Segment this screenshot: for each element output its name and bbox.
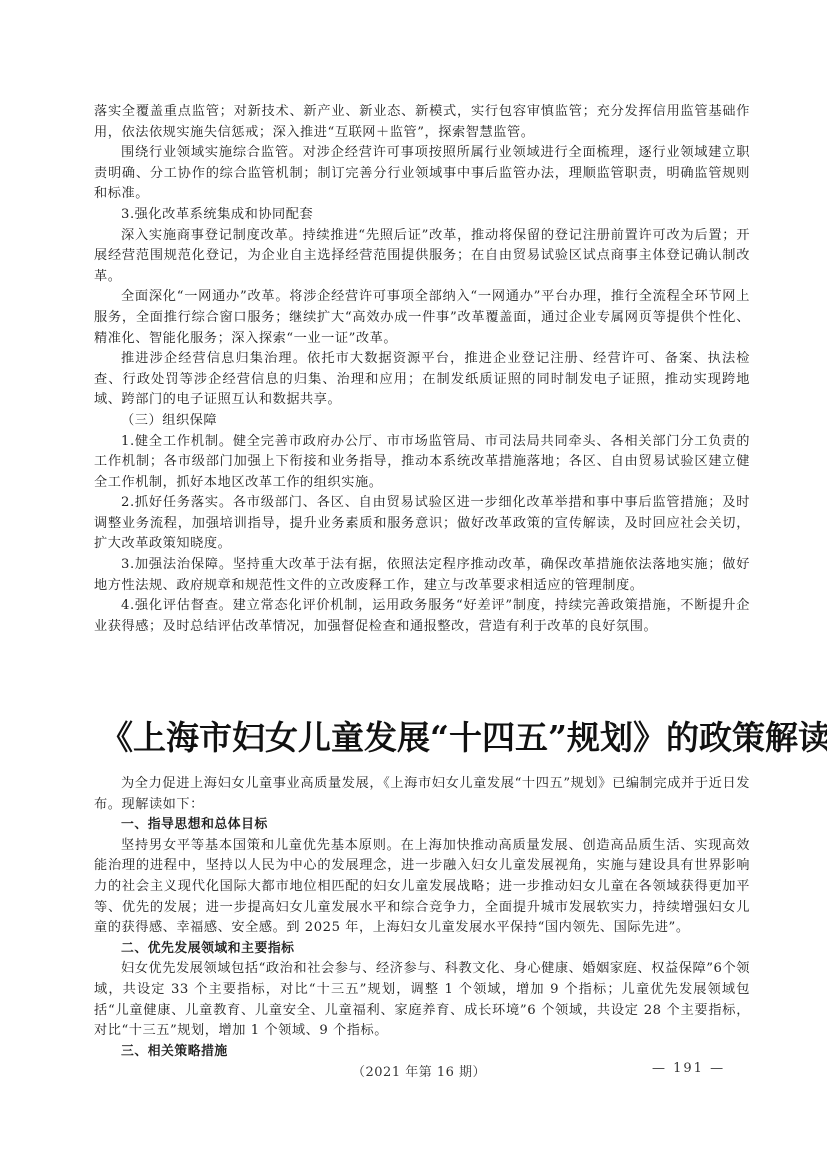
section-heading-priority-areas: 二、优先发展领域和主要指标 xyxy=(94,939,750,960)
article-body: 为全力促进上海妇女儿童事业高质量发展，《上海市妇女儿童发展“十四五”规划》已编制… xyxy=(94,774,750,1062)
paragraph-info-aggregation: 推进涉企经营信息归集治理。依托市大数据资源平台，推进企业登记注册、经营许可、备案… xyxy=(94,349,750,411)
subheading-system-integration: 3.强化改革系统集成和协同配套 xyxy=(94,205,750,226)
paragraph-task-implementation: 2.抓好任务落实。各市级部门、各区、自由贸易试验区进一步细化改革举措和事中事后监… xyxy=(94,493,750,555)
paragraph-evaluation: 4.强化评估督查。建立常态化评价机制，运用政务服务“好差评”制度，持续完善政策措… xyxy=(94,596,750,637)
section-text-guiding-ideology: 坚持男女平等基本国策和儿童优先基本原则。在上海加快推动高质量发展、创造高品质生活… xyxy=(94,836,750,939)
subheading-organization-guarantee: （三）组织保障 xyxy=(94,411,750,432)
paragraph-commercial-registration: 深入实施商事登记制度改革。持续推进“先照后证”改革，推动将保留的登记注册前置许可… xyxy=(94,226,750,288)
previous-article-continuation: 落实全覆盖重点监管；对新技术、新产业、新业态、新模式，实行包容审慎监管；充分发挥… xyxy=(94,102,750,637)
page-footer: （2021 年第 16 期） — 191 — xyxy=(0,1061,827,1083)
section-text-priority-areas: 妇女优先发展领域包括“政治和社会参与、经济参与、科教文化、身心健康、婚姻家庭、权… xyxy=(94,959,750,1041)
section-heading-guiding-ideology: 一、指导思想和总体目标 xyxy=(94,815,750,836)
paragraph-one-network: 全面深化“一网通办”改革。将涉企经营许可事项全部纳入“一网通办”平台办理，推行全… xyxy=(94,287,750,349)
paragraph-industry-supervision: 围绕行业领域实施综合监管。对涉企经营许可事项按照所属行业领域进行全面梳理，逐行业… xyxy=(94,143,750,205)
paragraph-rule-of-law: 3.加强法治保障。坚持重大改革于法有据，依照法定程序推动改革，确保改革措施依法落… xyxy=(94,555,750,596)
paragraph-work-mechanism: 1.健全工作机制。健全完善市政府办公厅、市市场监管局、市司法局共同牵头、各相关部… xyxy=(94,432,750,494)
section-heading-strategies: 三、相关策略措施 xyxy=(94,1042,750,1063)
paragraph-credit-supervision: 落实全覆盖重点监管；对新技术、新产业、新业态、新模式，实行包容审慎监管；充分发挥… xyxy=(94,102,750,143)
page-number: — 191 — xyxy=(652,1061,725,1076)
article-intro: 为全力促进上海妇女儿童事业高质量发展，《上海市妇女儿童发展“十四五”规划》已编制… xyxy=(94,774,750,815)
article-title: 《上海市妇女儿童发展“十四五”规划》的政策解读 xyxy=(100,715,760,761)
issue-label: （2021 年第 16 期） xyxy=(352,1061,486,1080)
